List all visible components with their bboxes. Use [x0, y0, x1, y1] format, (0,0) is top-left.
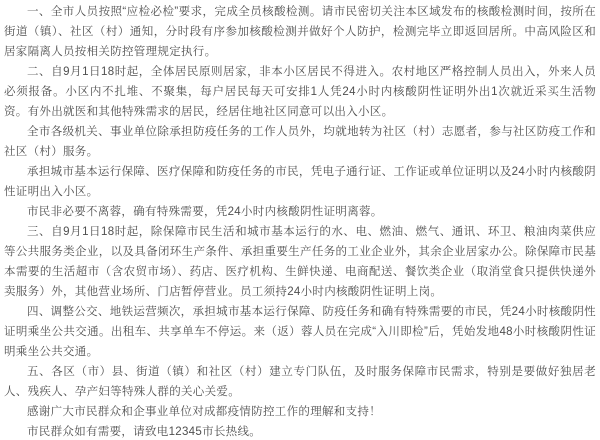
- notice-document: 一、全市人员按照“应检必检”要求，完成全员核酸检测。请市民密切关注本区域发布的核…: [0, 0, 600, 440]
- paragraph-section-1-nucleic-acid-testing: 一、全市人员按照“应检必检”要求，完成全员核酸检测。请市民密切关注本区域发布的核…: [4, 2, 596, 62]
- paragraph-section-2-essential-workers-pass: 承担城市基本运行保障、医疗保障和防疫任务的市民，凭电子通行证、工作证或单位证明以…: [4, 162, 596, 202]
- paragraph-section-3-business-operations: 三、自9月1日18时起，除保障市民生活和城市基本运行的水、电、燃油、燃气、通讯、…: [4, 222, 596, 302]
- paragraph-hotline-info: 市民群众如有需要，请致电12345市长热线。: [4, 422, 596, 440]
- paragraph-section-2-government-volunteers: 全市各级机关、事业单位除承担防疫任务的工作人员外，均就地转为社区（村）志愿者，参…: [4, 122, 596, 162]
- paragraph-section-4-public-transport: 四、调整公交、地铁运营频次，承担城市基本运行保障、防疫任务和确有特殊需要的市民，…: [4, 302, 596, 362]
- paragraph-section-5-special-care-teams: 五、各区（市）县、街道（镇）和社区（村）建立专门队伍，及时服务保障市民需求，特别…: [4, 362, 596, 402]
- paragraph-section-2-leaving-city-rule: 市民非必要不离蓉，确有特殊需要，凭24小时内核酸阴性证明离蓉。: [4, 202, 596, 222]
- paragraph-section-2-stay-home-order: 二、自9月1日18时起，全体居民原则居家，非本小区居民不得进入。农村地区严格控制…: [4, 62, 596, 122]
- paragraph-thanks-statement: 感谢广大市民群众和企事业单位对成都疫情防控工作的理解和支持！: [4, 402, 596, 422]
